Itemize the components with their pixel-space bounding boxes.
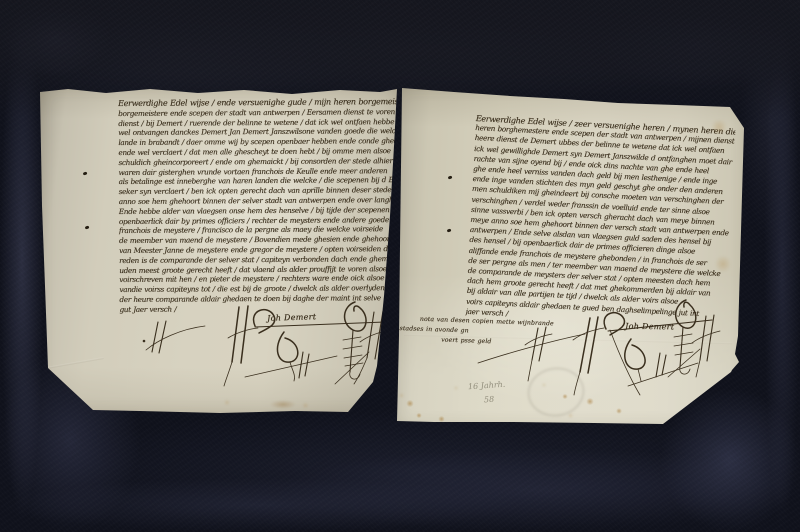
foxing-stain [586,398,594,405]
fold-crease [46,357,103,369]
ink-mark [83,171,88,175]
foxing-stain [438,416,445,422]
foxing-stain [710,120,728,134]
ink-mark [447,228,452,232]
foxing-stain [562,394,568,399]
right-document: Eerwerdighe Edel wijse / zeer versuenigh… [394,86,746,426]
foxing-stain [270,400,296,409]
photograph-of-manuscripts: Eerwerdighe Edel wijse / ende versuenigh… [0,0,800,532]
pencil-note: 58 [484,396,495,405]
foxing-stain [616,408,622,414]
foxing-stain [224,400,230,405]
ink-mark [85,225,90,229]
foxing-stain [416,413,422,418]
ink-mark [448,175,453,179]
left-document: Eerwerdighe Edel wijse / ende versuenigh… [40,86,397,413]
left-text-block: Eerwerdighe Edel wijse / ende versuenigh… [118,97,400,329]
foxing-stain [406,400,414,407]
signature-flourish [132,296,404,404]
foxing-stain [542,383,546,387]
foxing-stain [716,254,730,274]
foxing-stain [454,386,458,390]
foxing-stain [302,403,309,408]
foxing-stain [568,413,573,418]
foxing-stain [399,393,404,398]
